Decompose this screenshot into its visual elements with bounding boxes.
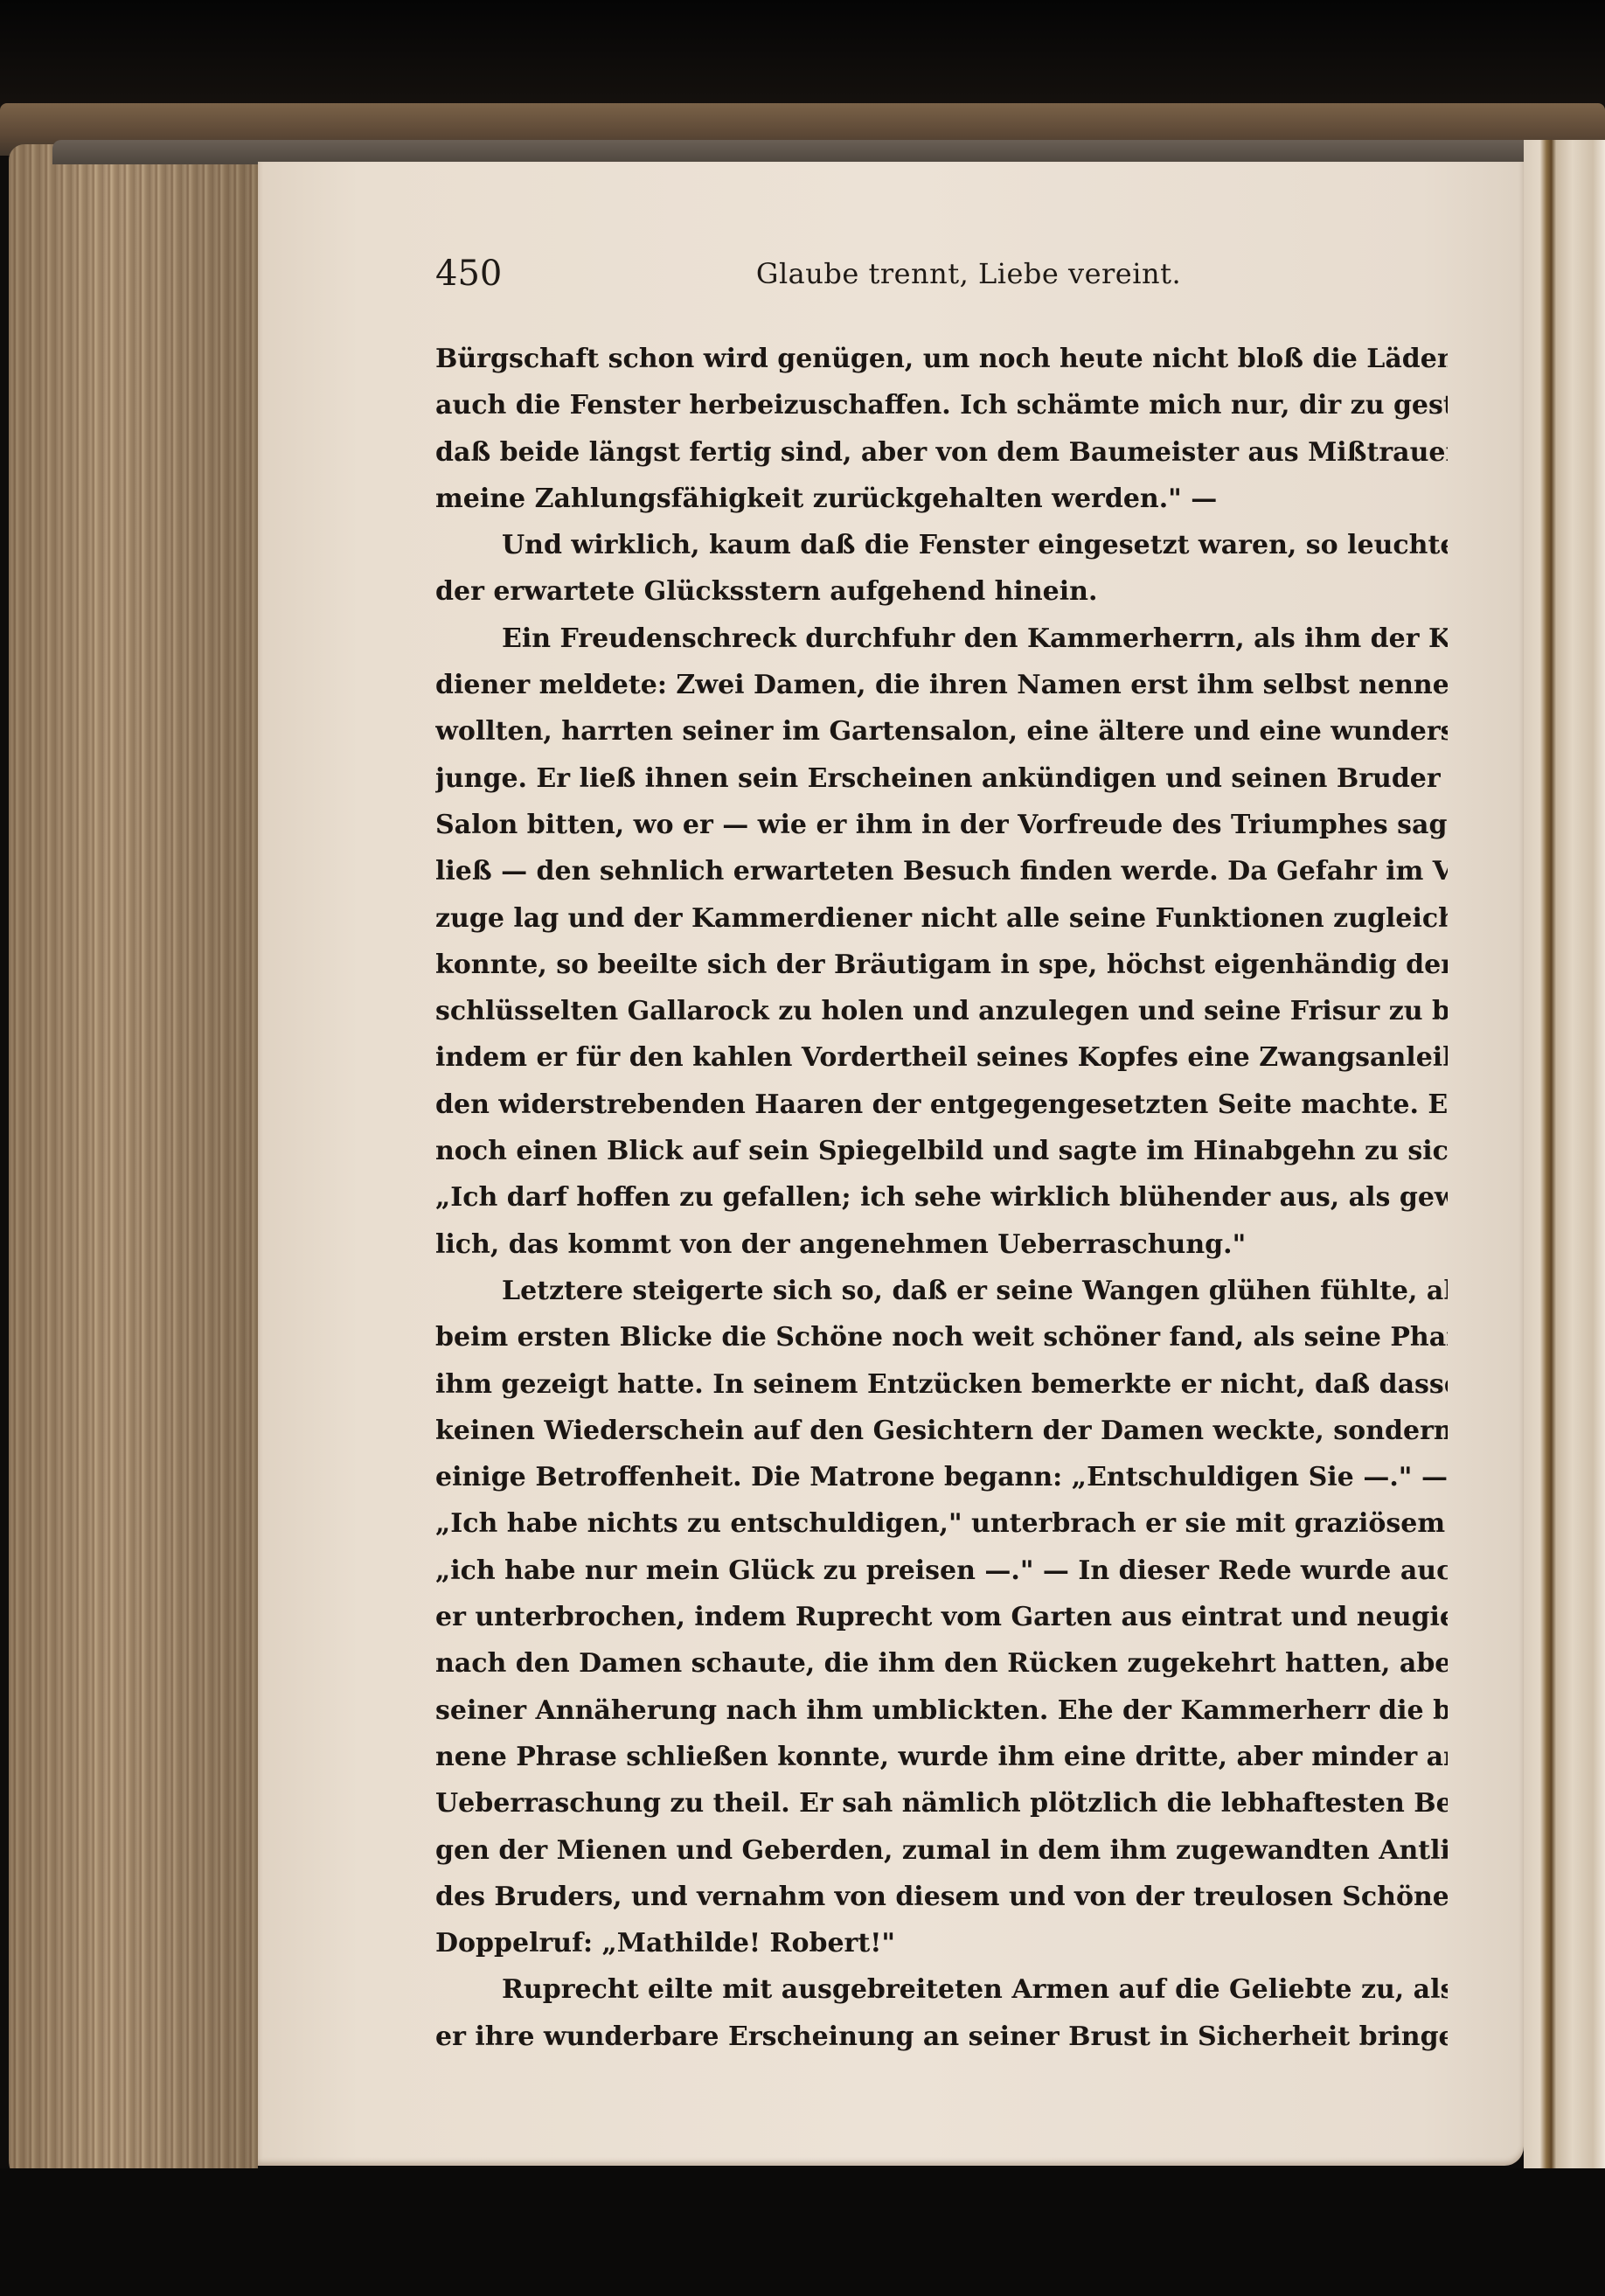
text-line: noch einen Blick auf sein Spiegelbild un… (435, 1128, 1448, 1174)
text-line: lich, das kommt von der angenehmen Ueber… (435, 1221, 1448, 1268)
text-line: des Bruders, und vernahm von diesem und … (435, 1874, 1448, 1920)
text-line: Doppelruf: „Mathilde! Robert!" (435, 1920, 1448, 1966)
text-line: Und wirklich, kaum daß die Fenster einge… (435, 522, 1448, 568)
top-page-lip (52, 140, 1565, 164)
text-line: beim ersten Blicke die Schöne noch weit … (435, 1314, 1448, 1360)
text-line: nach den Damen schaute, die ihm den Rück… (435, 1640, 1448, 1687)
text-line: Bürgschaft schon wird genügen, um noch h… (435, 336, 1448, 382)
page-header: 450 Glaube trennt, Liebe vereint. (435, 254, 1449, 306)
running-title: Glaube trennt, Liebe vereint. (750, 257, 1187, 290)
text-line: meine Zahlungsfähigkeit zurückgehalten w… (435, 476, 1448, 522)
page-number: 450 (435, 254, 502, 294)
text-line: „ich habe nur mein Glück zu preisen —." … (435, 1548, 1448, 1594)
text-line: Letztere steigerte sich so, daß er seine… (435, 1268, 1448, 1314)
text-line: ließ — den sehnlich erwarteten Besuch fi… (435, 848, 1448, 894)
text-line: nene Phrase schließen konnte, wurde ihm … (435, 1734, 1448, 1780)
dark-background-bottom (0, 2168, 1605, 2296)
text-line: zuge lag und der Kammerdiener nicht alle… (435, 895, 1448, 942)
text-line: schlüsselten Gallarock zu holen und anzu… (435, 988, 1448, 1034)
text-line: er unterbrochen, indem Ruprecht vom Gart… (435, 1594, 1448, 1640)
text-line: wollten, harrten seiner im Gartensalon, … (435, 708, 1448, 755)
text-line: junge. Er ließ ihnen sein Erscheinen ank… (435, 755, 1448, 802)
text-line: diener meldete: Zwei Damen, die ihren Na… (435, 662, 1448, 708)
text-line: gen der Mienen und Geberden, zumal in de… (435, 1827, 1448, 1874)
text-line: „Ich habe nichts zu entschuldigen," unte… (435, 1500, 1448, 1547)
page-block-shading (9, 144, 258, 2195)
dark-background-top (0, 0, 1605, 109)
text-line: den widerstrebenden Haaren der entgegeng… (435, 1082, 1448, 1128)
body-text: Bürgschaft schon wird genügen, um noch h… (435, 336, 1448, 2060)
text-line: Ueberraschung zu theil. Er sah nämlich p… (435, 1780, 1448, 1826)
text-line: Ein Freudenschreck durchfuhr den Kammerh… (435, 616, 1448, 662)
text-line: seiner Annäherung nach ihm umblickten. E… (435, 1687, 1448, 1734)
text-line: er ihre wunderbare Erscheinung an seiner… (435, 2014, 1448, 2060)
text-line: ihm gezeigt hatte. In seinem Entzücken b… (435, 1361, 1448, 1408)
text-line: Ruprecht eilte mit ausgebreiteten Armen … (435, 1966, 1448, 2013)
text-line: der erwartete Glücksstern aufgehend hine… (435, 568, 1448, 615)
text-line: daß beide längst fertig sind, aber von d… (435, 429, 1448, 476)
text-line: Salon bitten, wo er — wie er ihm in der … (435, 802, 1448, 848)
text-line: „Ich darf hoffen zu gefallen; ich sehe w… (435, 1174, 1448, 1221)
text-line: indem er für den kahlen Vordertheil sein… (435, 1034, 1448, 1081)
text-line: keinen Wiederschein auf den Gesichtern d… (435, 1408, 1448, 1454)
text-line: einige Betroffenheit. Die Matrone begann… (435, 1454, 1448, 1500)
text-line: auch die Fenster herbeizuschaffen. Ich s… (435, 382, 1448, 428)
facing-page-gutter (1524, 140, 1605, 2168)
text-line: konnte, so beeilte sich der Bräutigam in… (435, 942, 1448, 988)
